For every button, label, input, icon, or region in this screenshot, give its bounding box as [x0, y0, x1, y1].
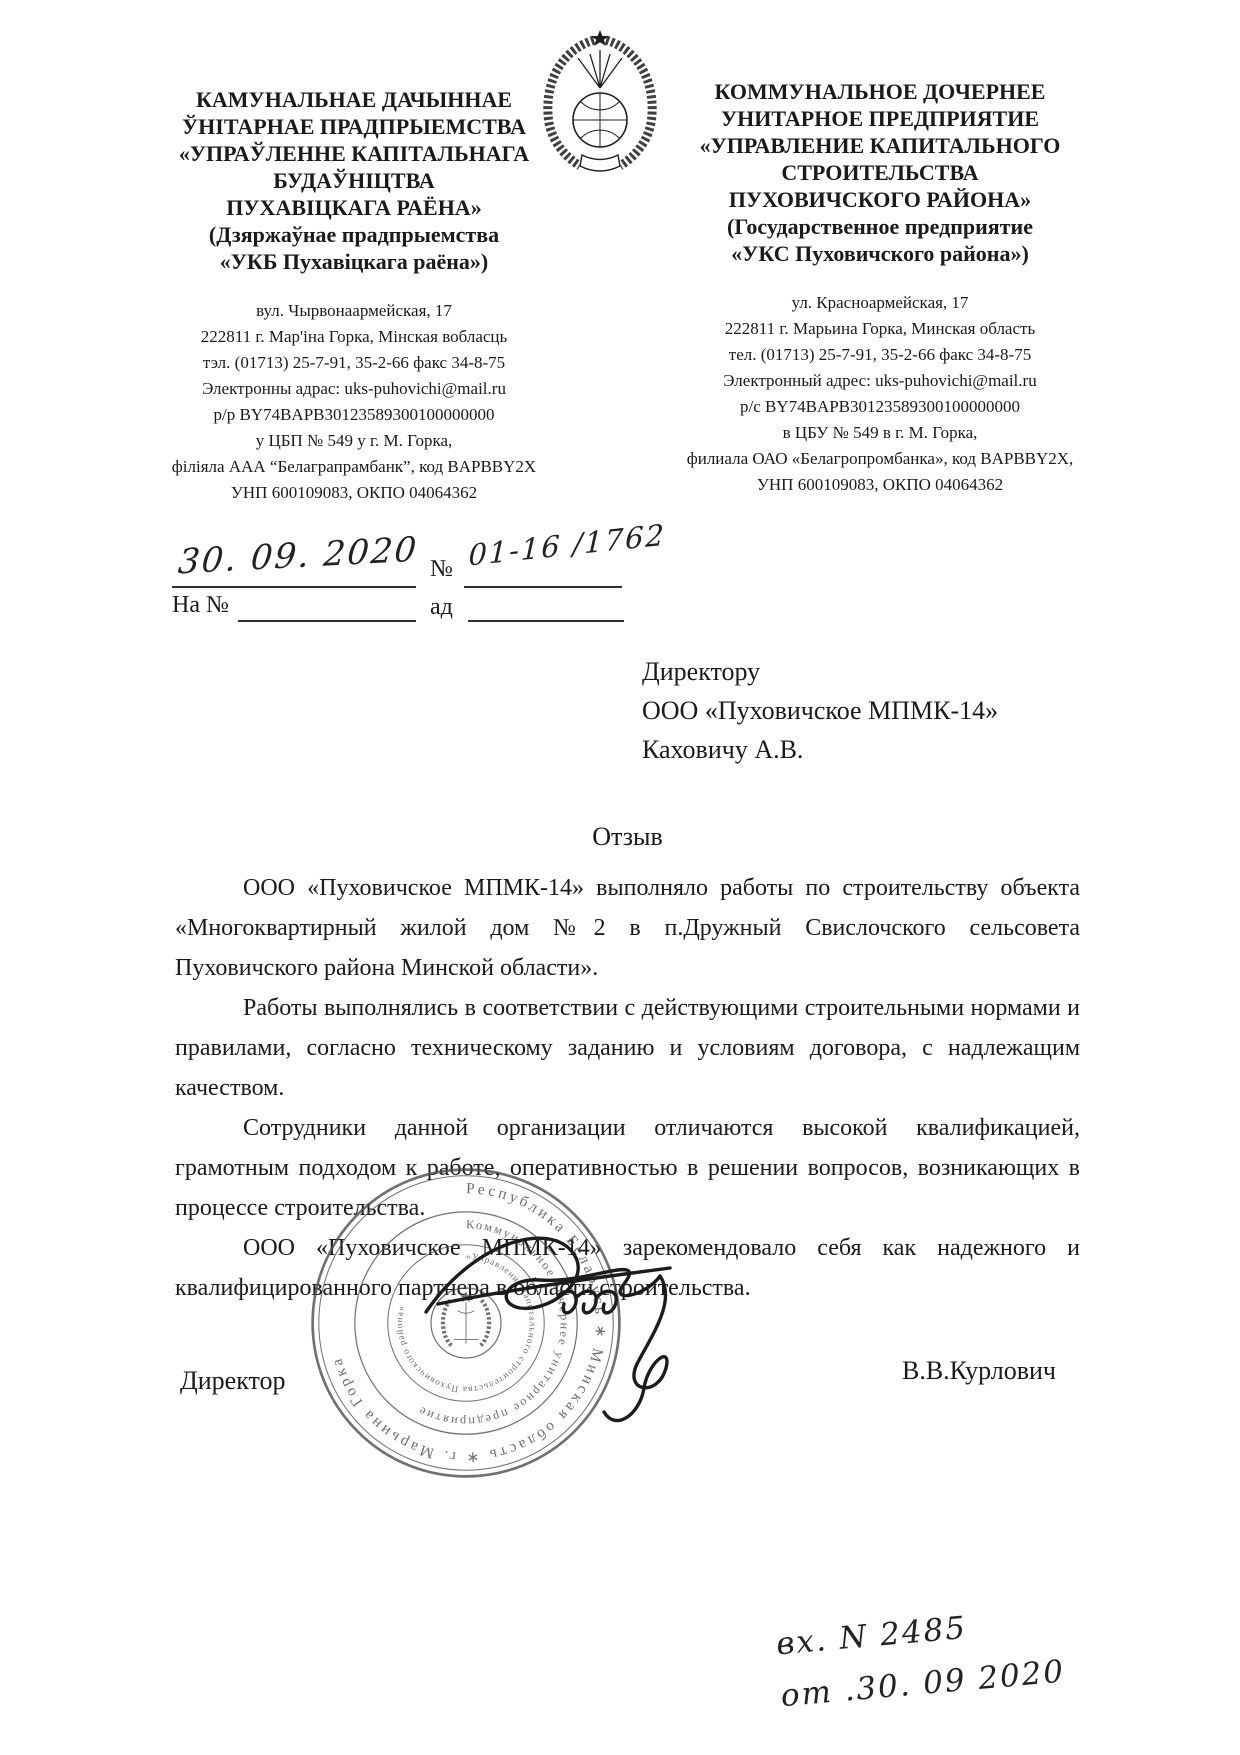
addressee-block: Директору ООО «Пуховичское МПМК-14» Кахо…: [642, 652, 1062, 769]
addressee-line: Каховичу А.В.: [642, 730, 1062, 769]
body-paragraph: ООО «Пуховичское МПМК-14» выполняло рабо…: [175, 868, 1080, 988]
address-line: р/с BY74BAPB30123589300100000000: [658, 394, 1102, 420]
handwritten-date: 30. 09. 2020: [176, 530, 419, 583]
letterhead-line: КАМУНАЛЬНАЕ ДАЧЫННАЕ: [138, 86, 570, 113]
address-line: тел. (01713) 25-7-91, 35-2-66 факс 34-8-…: [658, 342, 1102, 368]
scanned-letter-page: КАМУНАЛЬНАЕ ДАЧЫННАЕ ЎНІТАРНАЕ ПРАДПРЫЕМ…: [0, 0, 1240, 1755]
document-title: Отзыв: [175, 822, 1080, 852]
address-line: вул. Чырвонаармейская, 17: [138, 298, 570, 324]
address-line: філіяла ААА “Белаграпрамбанк”, код BAPBB…: [138, 454, 570, 480]
address-line: ул. Красноармейская, 17: [658, 290, 1102, 316]
date-underline: [172, 586, 416, 588]
address-line: у ЦБП № 549 у г. М. Горка,: [138, 428, 570, 454]
reply-number-underline: [238, 620, 416, 622]
address-line: тэл. (01713) 25-7-91, 35-2-66 факс 34-8-…: [138, 350, 570, 376]
letterhead-line: «УКБ Пухавіцкага раёна»): [138, 248, 570, 275]
address-line: р/р BY74BAPB30123589300100000000: [138, 402, 570, 428]
letterhead-line: КОММУНАЛЬНОЕ ДОЧЕРНЕЕ: [658, 78, 1102, 105]
number-underline: [464, 586, 622, 588]
address-line: Электронны адрас: uks-puhovichi@mail.ru: [138, 376, 570, 402]
reply-date-underline: [468, 620, 624, 622]
letterhead-line: СТРОИТЕЛЬСТВА: [658, 159, 1102, 186]
address-line: УНП 600109083, ОКПО 04064362: [658, 472, 1102, 498]
signer-name: В.В.Курлович: [902, 1356, 1056, 1386]
number-label: №: [430, 556, 453, 583]
letterhead-line: ПУХОВИЧСКОГО РАЙОНА»: [658, 186, 1102, 213]
address-line: 222811 г. Мар'іна Горка, Мінская вобласц…: [138, 324, 570, 350]
addressee-line: Директору: [642, 652, 1062, 691]
address-block-russian: ул. Красноармейская, 17 222811 г. Марьин…: [658, 290, 1102, 498]
letterhead-line: «УКС Пуховичского района»): [658, 240, 1102, 267]
incoming-registration-note: вх. N 2485 от .30. 09 2020: [774, 1590, 1112, 1722]
address-line: в ЦБУ № 549 в г. М. Горка,: [658, 420, 1102, 446]
body-paragraph: Работы выполнялись в соответствии с дейс…: [175, 988, 1080, 1108]
address-line: Электронный адрес: uks-puhovichi@mail.ru: [658, 368, 1102, 394]
addressee-line: ООО «Пуховичское МПМК-14»: [642, 691, 1062, 730]
address-line: УНП 600109083, ОКПО 04064362: [138, 480, 570, 506]
letterhead-line: (Дзяржаўнае прадпрыемства: [138, 221, 570, 248]
letterhead-line: БУДАЎНІЦТВА: [138, 167, 570, 194]
address-block-belarusian: вул. Чырвонаармейская, 17 222811 г. Мар'…: [138, 298, 570, 506]
address-line: филиала ОАО «Белагропромбанка», код BAPB…: [658, 446, 1102, 472]
letterhead-line: «УПРАЎЛЕННЕ КАПІТАЛЬНАГА: [138, 140, 570, 167]
letterhead-line: УНИТАРНОЕ ПРЕДПРИЯТИЕ: [658, 105, 1102, 132]
letterhead-belarusian: КАМУНАЛЬНАЕ ДАЧЫННАЕ ЎНІТАРНАЕ ПРАДПРЫЕМ…: [138, 86, 570, 275]
reply-to-label: На №: [172, 592, 229, 619]
handwritten-outgoing-number: 01-16 /1762: [468, 517, 667, 572]
letterhead-russian: КОММУНАЛЬНОЕ ДОЧЕРНЕЕ УНИТАРНОЕ ПРЕДПРИЯ…: [658, 78, 1102, 267]
letterhead-line: ПУХАВІЦКАГА РАЁНА»: [138, 194, 570, 221]
letterhead-line: «УПРАВЛЕНИЕ КАПИТАЛЬНОГО: [658, 132, 1102, 159]
address-line: 222811 г. Марьина Горка, Минская область: [658, 316, 1102, 342]
reply-from-label: ад: [430, 594, 453, 621]
signer-position-label: Директор: [180, 1366, 286, 1396]
signature-icon: [408, 1192, 728, 1448]
letterhead-line: ЎНІТАРНАЕ ПРАДПРЫЕМСТВА: [138, 113, 570, 140]
letterhead-line: (Государственное предприятие: [658, 213, 1102, 240]
